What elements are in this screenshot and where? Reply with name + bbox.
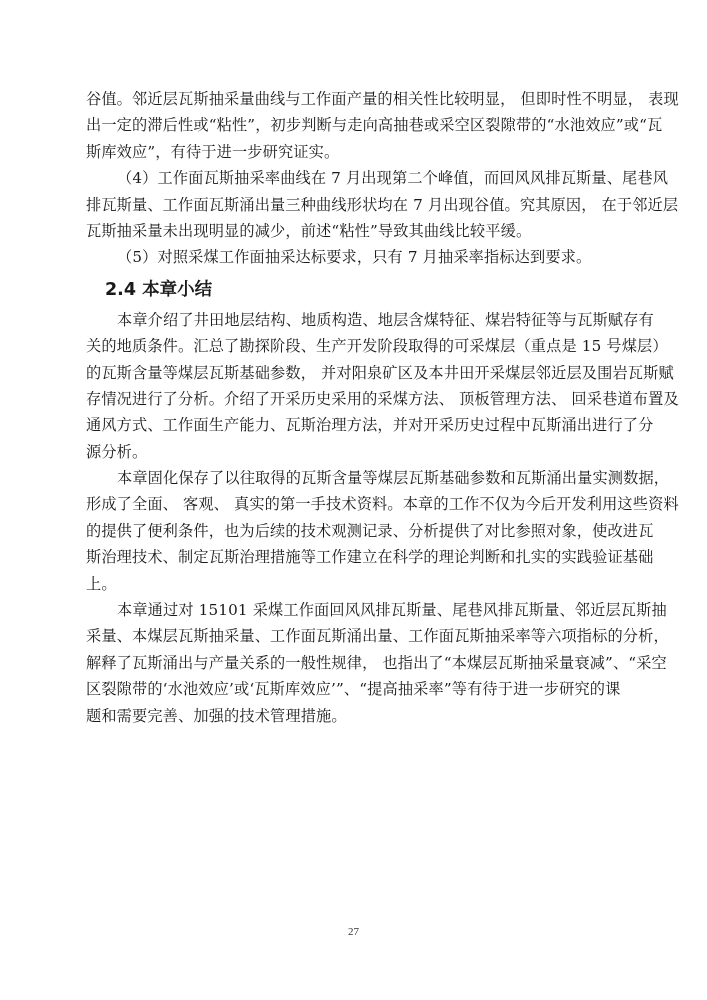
text-line: 关的地质条件。汇总了勘探阶段、生产开发阶段取得的可采煤层（重点是 15 号煤层） <box>86 333 632 359</box>
text-line: 上。 <box>86 571 632 597</box>
text-line: 本章固化保存了以往取得的瓦斯含量等煤层瓦斯基础参数和瓦斯涌出量实测数据， <box>86 465 632 491</box>
text-line: （5）对照采煤工作面抽采达标要求，只有 7 月抽采率指标达到要求。 <box>86 244 632 270</box>
text-line: 出一定的滞后性或“粘性”，初步判断与走向高抽巷或采空区裂隙带的“水池效应”或“瓦 <box>86 112 632 138</box>
text-line: （4）工作面瓦斯抽采率曲线在 7 月出现第二个峰值，而回风风排瓦斯量、尾巷风 <box>86 165 632 191</box>
text-line: 的瓦斯含量等煤层瓦斯基础参数， 并对阳泉矿区及本井田开采煤层邻近层及围岩瓦斯赋 <box>86 360 632 386</box>
paragraph-summary-1: 本章介绍了井田地层结构、地质构造、地层含煤特征、煤岩特征等与瓦斯赋存有 关的地质… <box>86 307 632 465</box>
text-line: 本章介绍了井田地层结构、地质构造、地层含煤特征、煤岩特征等与瓦斯赋存有 <box>86 307 632 333</box>
page-number: 27 <box>0 926 707 938</box>
paragraph-summary-3: 本章通过对 15101 采煤工作面回风风排瓦斯量、尾巷风排瓦斯量、邻近层瓦斯抽 … <box>86 597 632 729</box>
text-line: 瓦斯抽采量未出现明显的减少，前述“粘性”导致其曲线比较平缓。 <box>86 218 632 244</box>
text-line: 采量、本煤层瓦斯抽采量、工作面瓦斯涌出量、工作面瓦斯抽采率等六项指标的分析， <box>86 623 632 649</box>
paragraph-continuation: 谷值。邻近层瓦斯抽采量曲线与工作面产量的相关性比较明显， 但即时性不明显， 表现… <box>86 86 632 165</box>
text-line: 区裂隙带的‘水池效应’或‘瓦斯库效应’”、“提高抽采率”等有待于进一步研究的课 <box>86 676 632 702</box>
text-line: 的提供了便利条件，也为后续的技术观测记录、分析提供了对比参照对象，使改进瓦 <box>86 518 632 544</box>
text-line: 本章通过对 15101 采煤工作面回风风排瓦斯量、尾巷风排瓦斯量、邻近层瓦斯抽 <box>86 597 632 623</box>
text-line: 源分析。 <box>86 439 632 465</box>
text-line: 解释了瓦斯涌出与产量关系的一般性规律， 也指出了“本煤层瓦斯抽采量衰减”、“采空 <box>86 650 632 676</box>
text-line: 形成了全面、 客观、 真实的第一手技术资料。本章的工作不仅为今后开发利用这些资料 <box>86 491 632 517</box>
text-line: 谷值。邻近层瓦斯抽采量曲线与工作面产量的相关性比较明显， 但即时性不明显， 表现 <box>86 86 632 112</box>
text-line: 题和需要完善、加强的技术管理措施。 <box>86 703 632 729</box>
text-line: 排瓦斯量、工作面瓦斯涌出量三种曲线形状均在 7 月出现谷值。究其原因， 在于邻近… <box>86 192 632 218</box>
text-line: 通风方式、工作面生产能力、瓦斯治理方法，并对开采历史过程中瓦斯涌出进行了分 <box>86 412 632 438</box>
paragraph-item-4: （4）工作面瓦斯抽采率曲线在 7 月出现第二个峰值，而回风风排瓦斯量、尾巷风 排… <box>86 165 632 244</box>
text-line: 存情况进行了分析。介绍了开采历史采用的采煤方法、 顶板管理方法、 回采巷道布置及 <box>86 386 632 412</box>
paragraph-item-5: （5）对照采煤工作面抽采达标要求，只有 7 月抽采率指标达到要求。 <box>86 244 632 270</box>
paragraph-summary-2: 本章固化保存了以往取得的瓦斯含量等煤层瓦斯基础参数和瓦斯涌出量实测数据， 形成了… <box>86 465 632 597</box>
text-line: 斯库效应”，有待于进一步研究证实。 <box>86 139 632 165</box>
document-page: 谷值。邻近层瓦斯抽采量曲线与工作面产量的相关性比较明显， 但即时性不明显， 表现… <box>86 86 632 729</box>
section-heading: 2.4 本章小结 <box>86 273 632 307</box>
text-line: 斯治理技术、制定瓦斯治理措施等工作建立在科学的理论判断和扎实的实践验证基础 <box>86 544 632 570</box>
